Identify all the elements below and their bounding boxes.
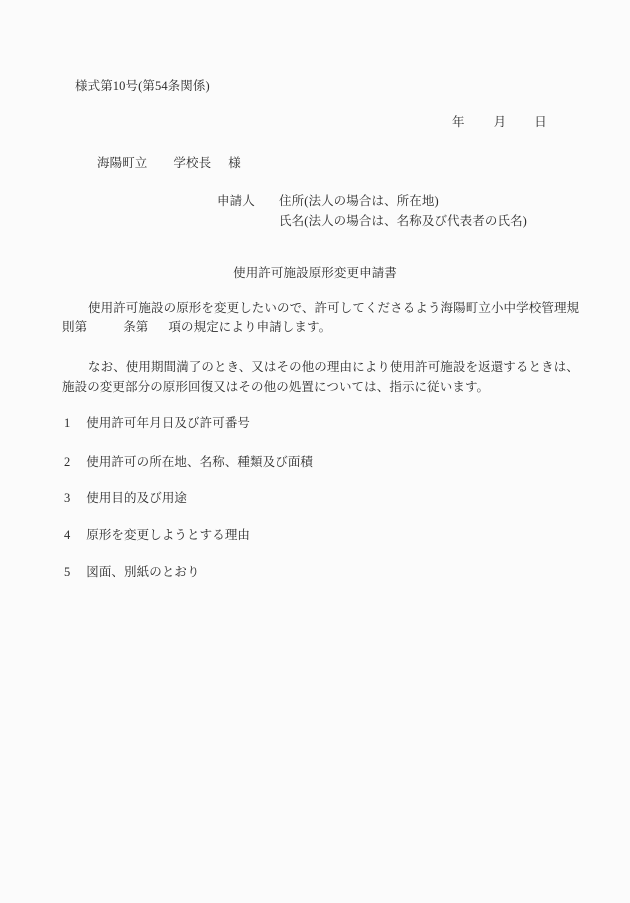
applicant-address-line: 住所(法人の場合は、所在地) <box>279 195 439 208</box>
list-item-text: 使用許可の所在地、名称、種類及び面積 <box>86 455 313 469</box>
list-item-number: 3 <box>64 492 71 505</box>
list-item-text: 使用許可年月日及び許可番号 <box>86 416 250 430</box>
paragraph2-line1: なお、使用期間満了のとき、又はその他の理由により使用許可施設を返還するときは、 <box>88 361 579 374</box>
clause-middle: 条第 <box>123 321 148 334</box>
list-item-text: 使用目的及び用途 <box>86 491 187 505</box>
list-item-text: 原形を変更しようとする理由 <box>86 528 250 542</box>
clause-prefix: 則第 <box>62 321 87 334</box>
addressee-recipient-title: 学校長 <box>173 157 211 170</box>
list-item: 3 使用目的及び用途 <box>64 492 187 505</box>
list-item: 4 原形を変更しようとする理由 <box>64 529 250 542</box>
date-day-label: 日 <box>534 116 547 129</box>
list-item: 2 使用許可の所在地、名称、種類及び面積 <box>64 456 313 469</box>
list-item-number: 2 <box>64 456 71 469</box>
clause-suffix: 項の規定により申請します。 <box>168 321 331 334</box>
paragraph2-line2: 施設の変更部分の原形回復又はその他の処置については、指示に従います。 <box>62 381 489 394</box>
paragraph1-line1: 使用許可施設の原形を変更したいので、許可してくださるよう海陽町立小中学校管理規 <box>88 302 579 315</box>
applicant-name-line: 氏名(法人の場合は、名称及び代表者の氏名) <box>279 215 527 228</box>
list-item-number: 1 <box>64 417 71 430</box>
date-line: 年 月 日 <box>452 116 547 129</box>
addressee-municipality: 海陽町立 <box>97 157 147 170</box>
addressee-honorific: 様 <box>228 157 241 170</box>
document-title: 使用許可施設原形変更申請書 <box>0 267 630 280</box>
date-month-label: 月 <box>494 116 507 129</box>
date-year-label: 年 <box>452 116 465 129</box>
paragraph1-line2: 則第 条第 項の規定により申請します。 <box>62 321 331 334</box>
form-number: 様式第10号(第54条関係) <box>75 80 210 93</box>
list-item-number: 4 <box>64 529 71 542</box>
application-form-page: 様式第10号(第54条関係) 年 月 日 海陽町立 学校長 様 申請人 住所(法… <box>0 0 630 903</box>
list-item: 1 使用許可年月日及び許可番号 <box>64 417 250 430</box>
addressee-line: 海陽町立 学校長 様 <box>97 157 241 170</box>
list-item: 5 図面、別紙のとおり <box>64 566 200 579</box>
list-item-number: 5 <box>64 566 71 579</box>
list-item-text: 図面、別紙のとおり <box>86 565 199 579</box>
applicant-label: 申請人 <box>217 195 255 208</box>
